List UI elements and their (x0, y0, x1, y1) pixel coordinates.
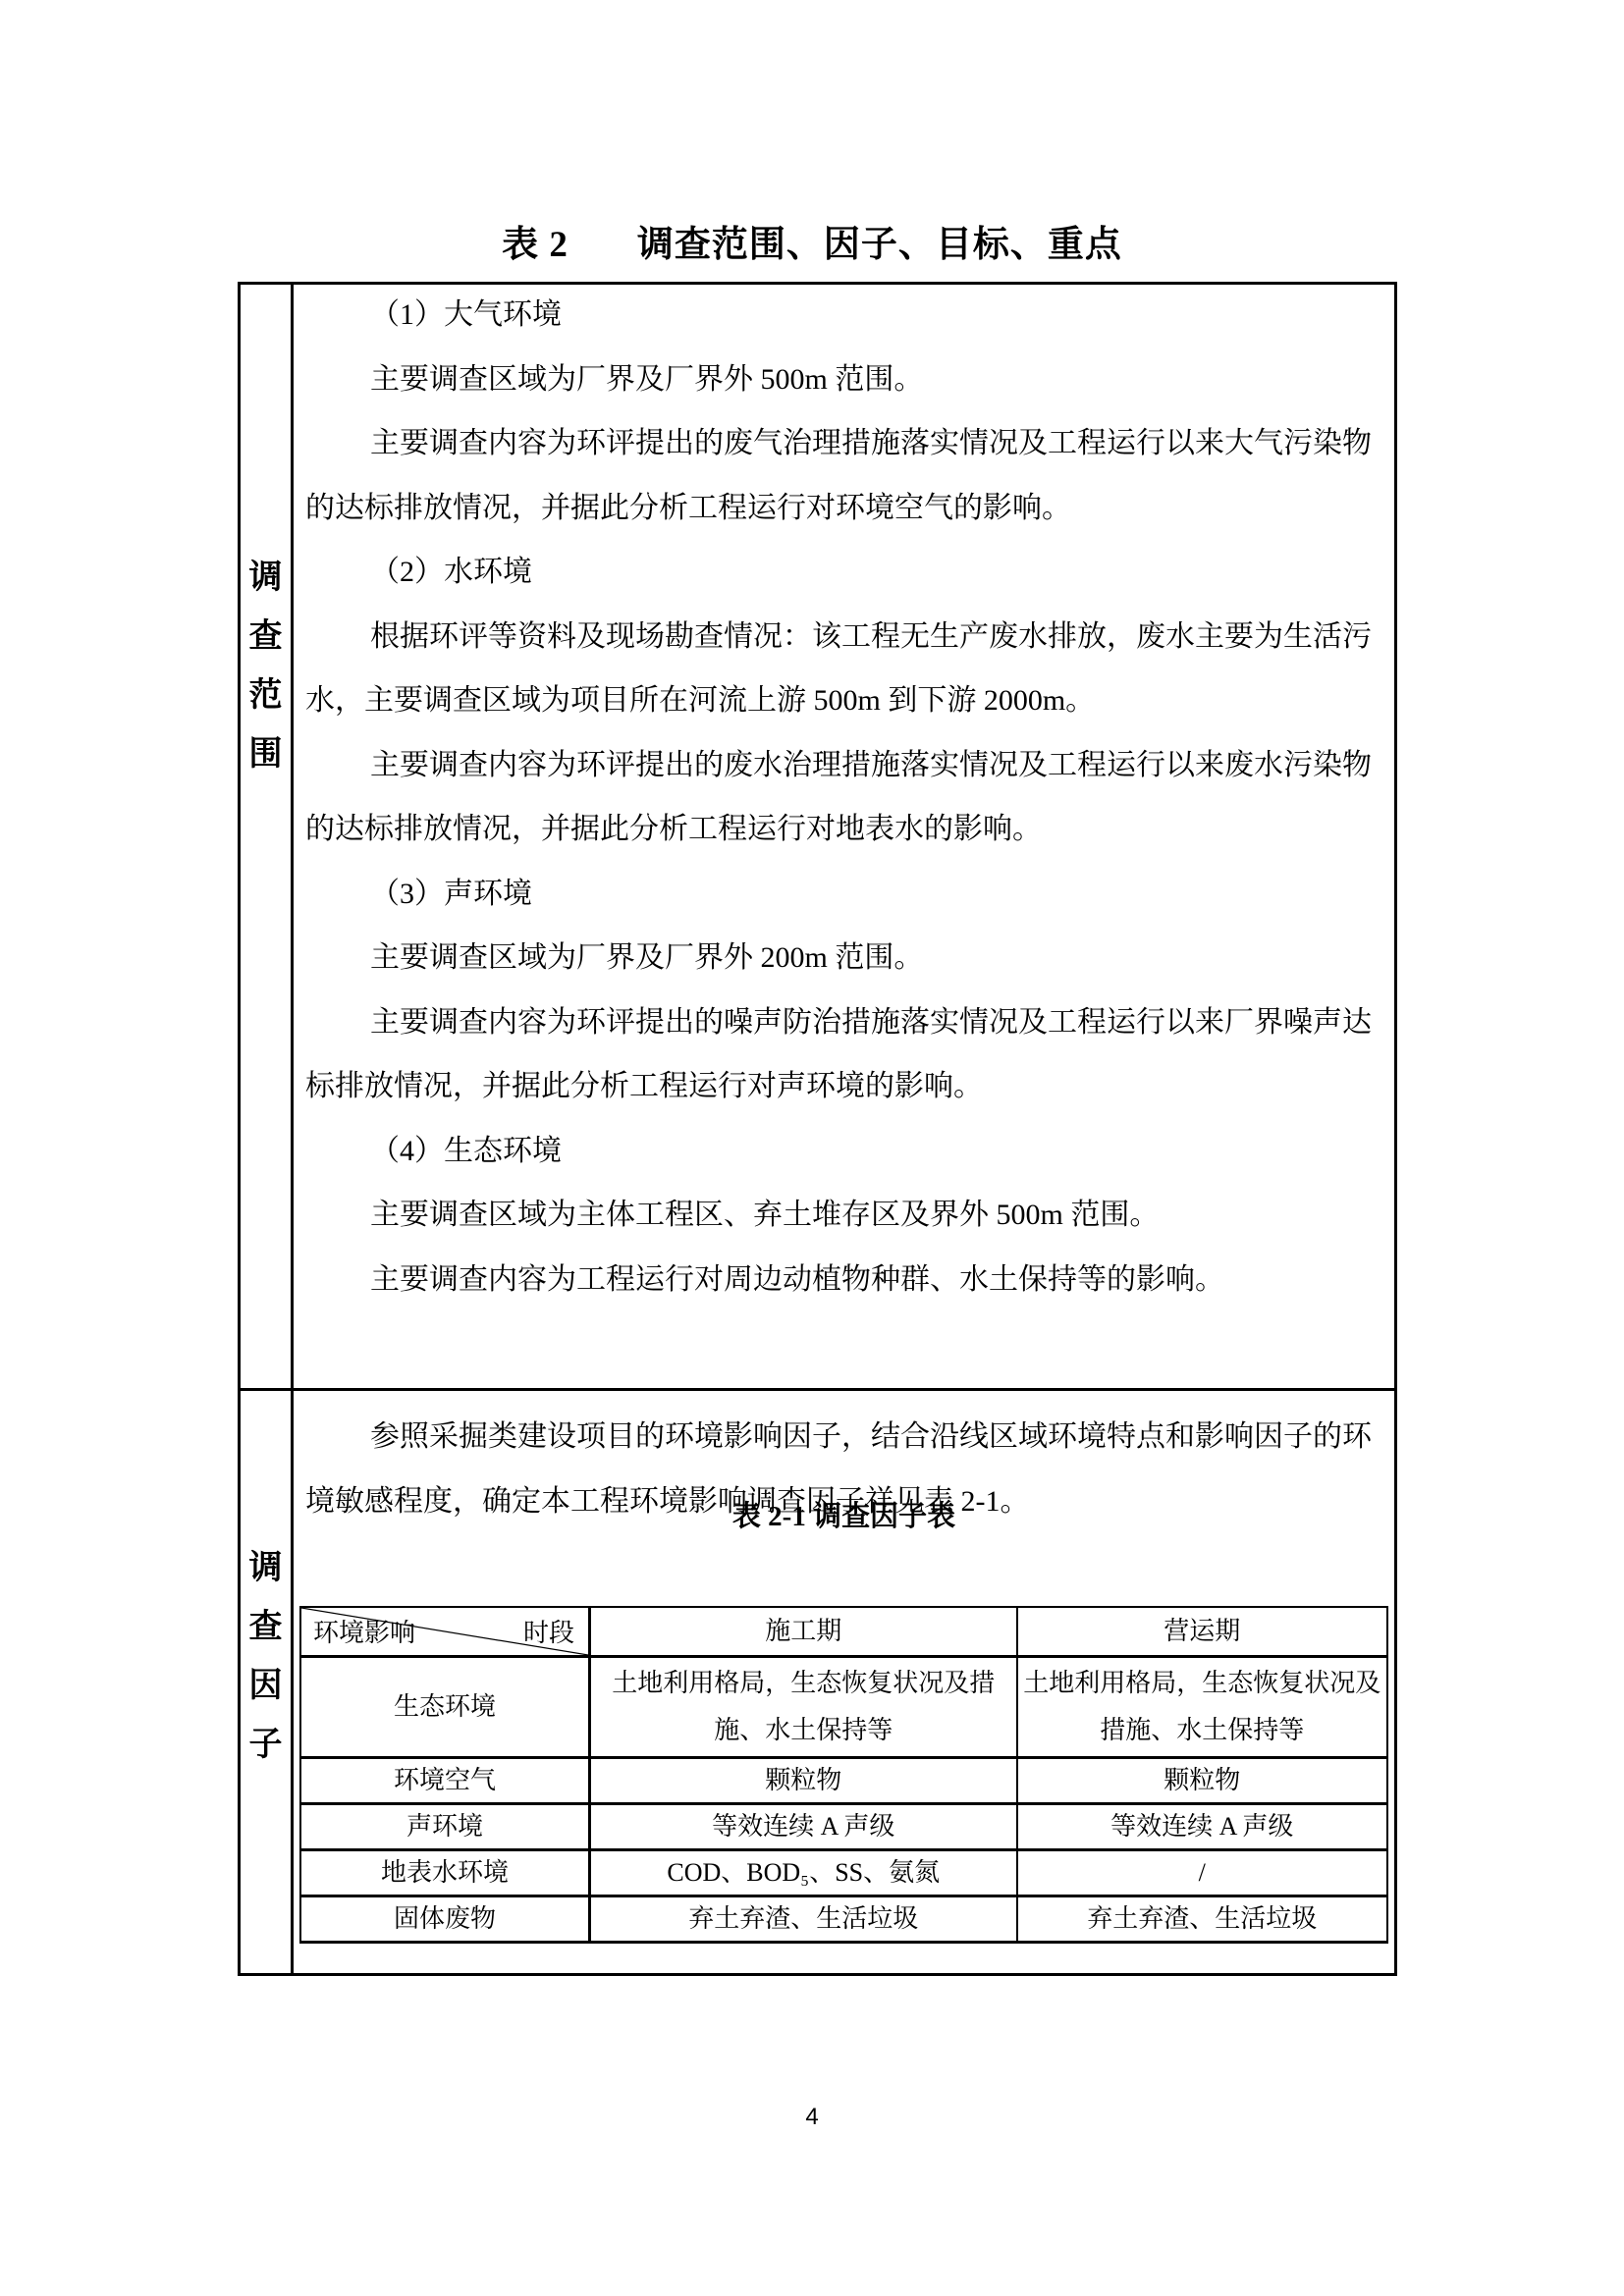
label-char: 调 (241, 548, 291, 607)
paragraph: 主要调查内容为环评提出的废水治理措施落实情况及工程运行以来废水污染物的达标排放情… (305, 733, 1385, 862)
paragraph: 主要调查区域为主体工程区、弃土堆存区及界外 500m 范围。 (305, 1183, 1385, 1248)
section-heading: （2）水环境 (305, 540, 1385, 605)
label-column-divider (291, 285, 294, 1973)
paragraph: 主要调查区域为厂界及厂界外 500m 范围。 (305, 347, 1385, 412)
table-row: 地表水环境 COD、BOD₅、SS、氨氮 / (300, 1850, 1387, 1896)
page-title: 表 2调查范围、因子、目标、重点 (0, 214, 1624, 267)
scope-content: （1）大气环境 主要调查区域为厂界及厂界外 500m 范围。 主要调查内容为环评… (305, 283, 1385, 1311)
factor-section-label: 调 查 因 子 (241, 1538, 291, 1774)
paragraph: 主要调查内容为环评提出的噪声防治措施落实情况及工程运行以来厂界噪声达标排放情况，… (305, 990, 1385, 1119)
table-row: 声环境 等效连续 A 声级 等效连续 A 声级 (300, 1804, 1387, 1850)
operation-cell: 颗粒物 (1017, 1758, 1387, 1804)
operation-cell: 土地利用格局，生态恢复状况及措施、水土保持等 (1017, 1657, 1387, 1758)
column-header: 施工期 (589, 1607, 1016, 1657)
factor-cell: 环境空气 (300, 1758, 589, 1804)
paragraph: 主要调查区域为厂界及厂界外 200m 范围。 (305, 926, 1385, 990)
corner-label-period: 时段 (523, 1612, 574, 1655)
factor-cell: 声环境 (300, 1804, 589, 1850)
column-header: 营运期 (1017, 1607, 1387, 1657)
construction-cell: 土地利用格局，生态恢复状况及措施、水土保持等 (589, 1657, 1016, 1758)
factor-cell: 固体废物 (300, 1896, 589, 1943)
section-heading: （3）声环境 (305, 862, 1385, 927)
factor-table: 环境影响 时段 施工期 营运期 生态环境 土地利用格局，生态恢复状况及措施、水土… (299, 1606, 1388, 1944)
table-row: 固体废物 弃土弃渣、生活垃圾 弃土弃渣、生活垃圾 (300, 1896, 1387, 1943)
label-char: 查 (241, 1597, 291, 1656)
survey-table: 调 查 范 围 （1）大气环境 主要调查区域为厂界及厂界外 500m 范围。 主… (238, 282, 1397, 1976)
factor-cell: 地表水环境 (300, 1850, 589, 1896)
paragraph: 根据环评等资料及现场勘查情况：该工程无生产废水排放，废水主要为生活污水，主要调查… (305, 605, 1385, 733)
table-title-text: 调查范围、因子、目标、重点 (637, 225, 1122, 265)
label-char: 因 (241, 1656, 291, 1715)
corner-header-cell: 环境影响 时段 (300, 1607, 589, 1657)
table-row: 生态环境 土地利用格局，生态恢复状况及措施、水土保持等 土地利用格局，生态恢复状… (300, 1657, 1387, 1758)
paragraph: 主要调查内容为工程运行对周边动植物种群、水土保持等的影响。 (305, 1248, 1385, 1312)
construction-cell: 等效连续 A 声级 (589, 1804, 1016, 1850)
table-header-row: 环境影响 时段 施工期 营运期 (300, 1607, 1387, 1657)
label-char: 查 (241, 607, 291, 666)
corner-label-impact: 环境影响 (313, 1612, 415, 1655)
table-number: 表 2 (502, 225, 568, 265)
section-divider (241, 1388, 1394, 1391)
factor-table-caption: 表 2-1 调查因子表 (241, 1494, 1394, 1534)
label-char: 范 (241, 666, 291, 724)
label-char: 子 (241, 1715, 291, 1774)
section-heading: （1）大气环境 (305, 283, 1385, 347)
operation-cell: 弃土弃渣、生活垃圾 (1017, 1896, 1387, 1943)
scope-section-label: 调 查 范 围 (241, 548, 291, 783)
label-char: 围 (241, 724, 291, 783)
section-heading: （4）生态环境 (305, 1119, 1385, 1184)
table-row: 环境空气 颗粒物 颗粒物 (300, 1758, 1387, 1804)
construction-cell: 弃土弃渣、生活垃圾 (589, 1896, 1016, 1943)
factor-cell: 生态环境 (300, 1657, 589, 1758)
page-number: 4 (0, 2104, 1624, 2131)
operation-cell: / (1017, 1850, 1387, 1896)
paragraph: 主要调查内容为环评提出的废气治理措施落实情况及工程运行以来大气污染物的达标排放情… (305, 411, 1385, 540)
operation-cell: 等效连续 A 声级 (1017, 1804, 1387, 1850)
construction-cell: 颗粒物 (589, 1758, 1016, 1804)
construction-cell: COD、BOD₅、SS、氨氮 (589, 1850, 1016, 1896)
label-char: 调 (241, 1538, 291, 1597)
